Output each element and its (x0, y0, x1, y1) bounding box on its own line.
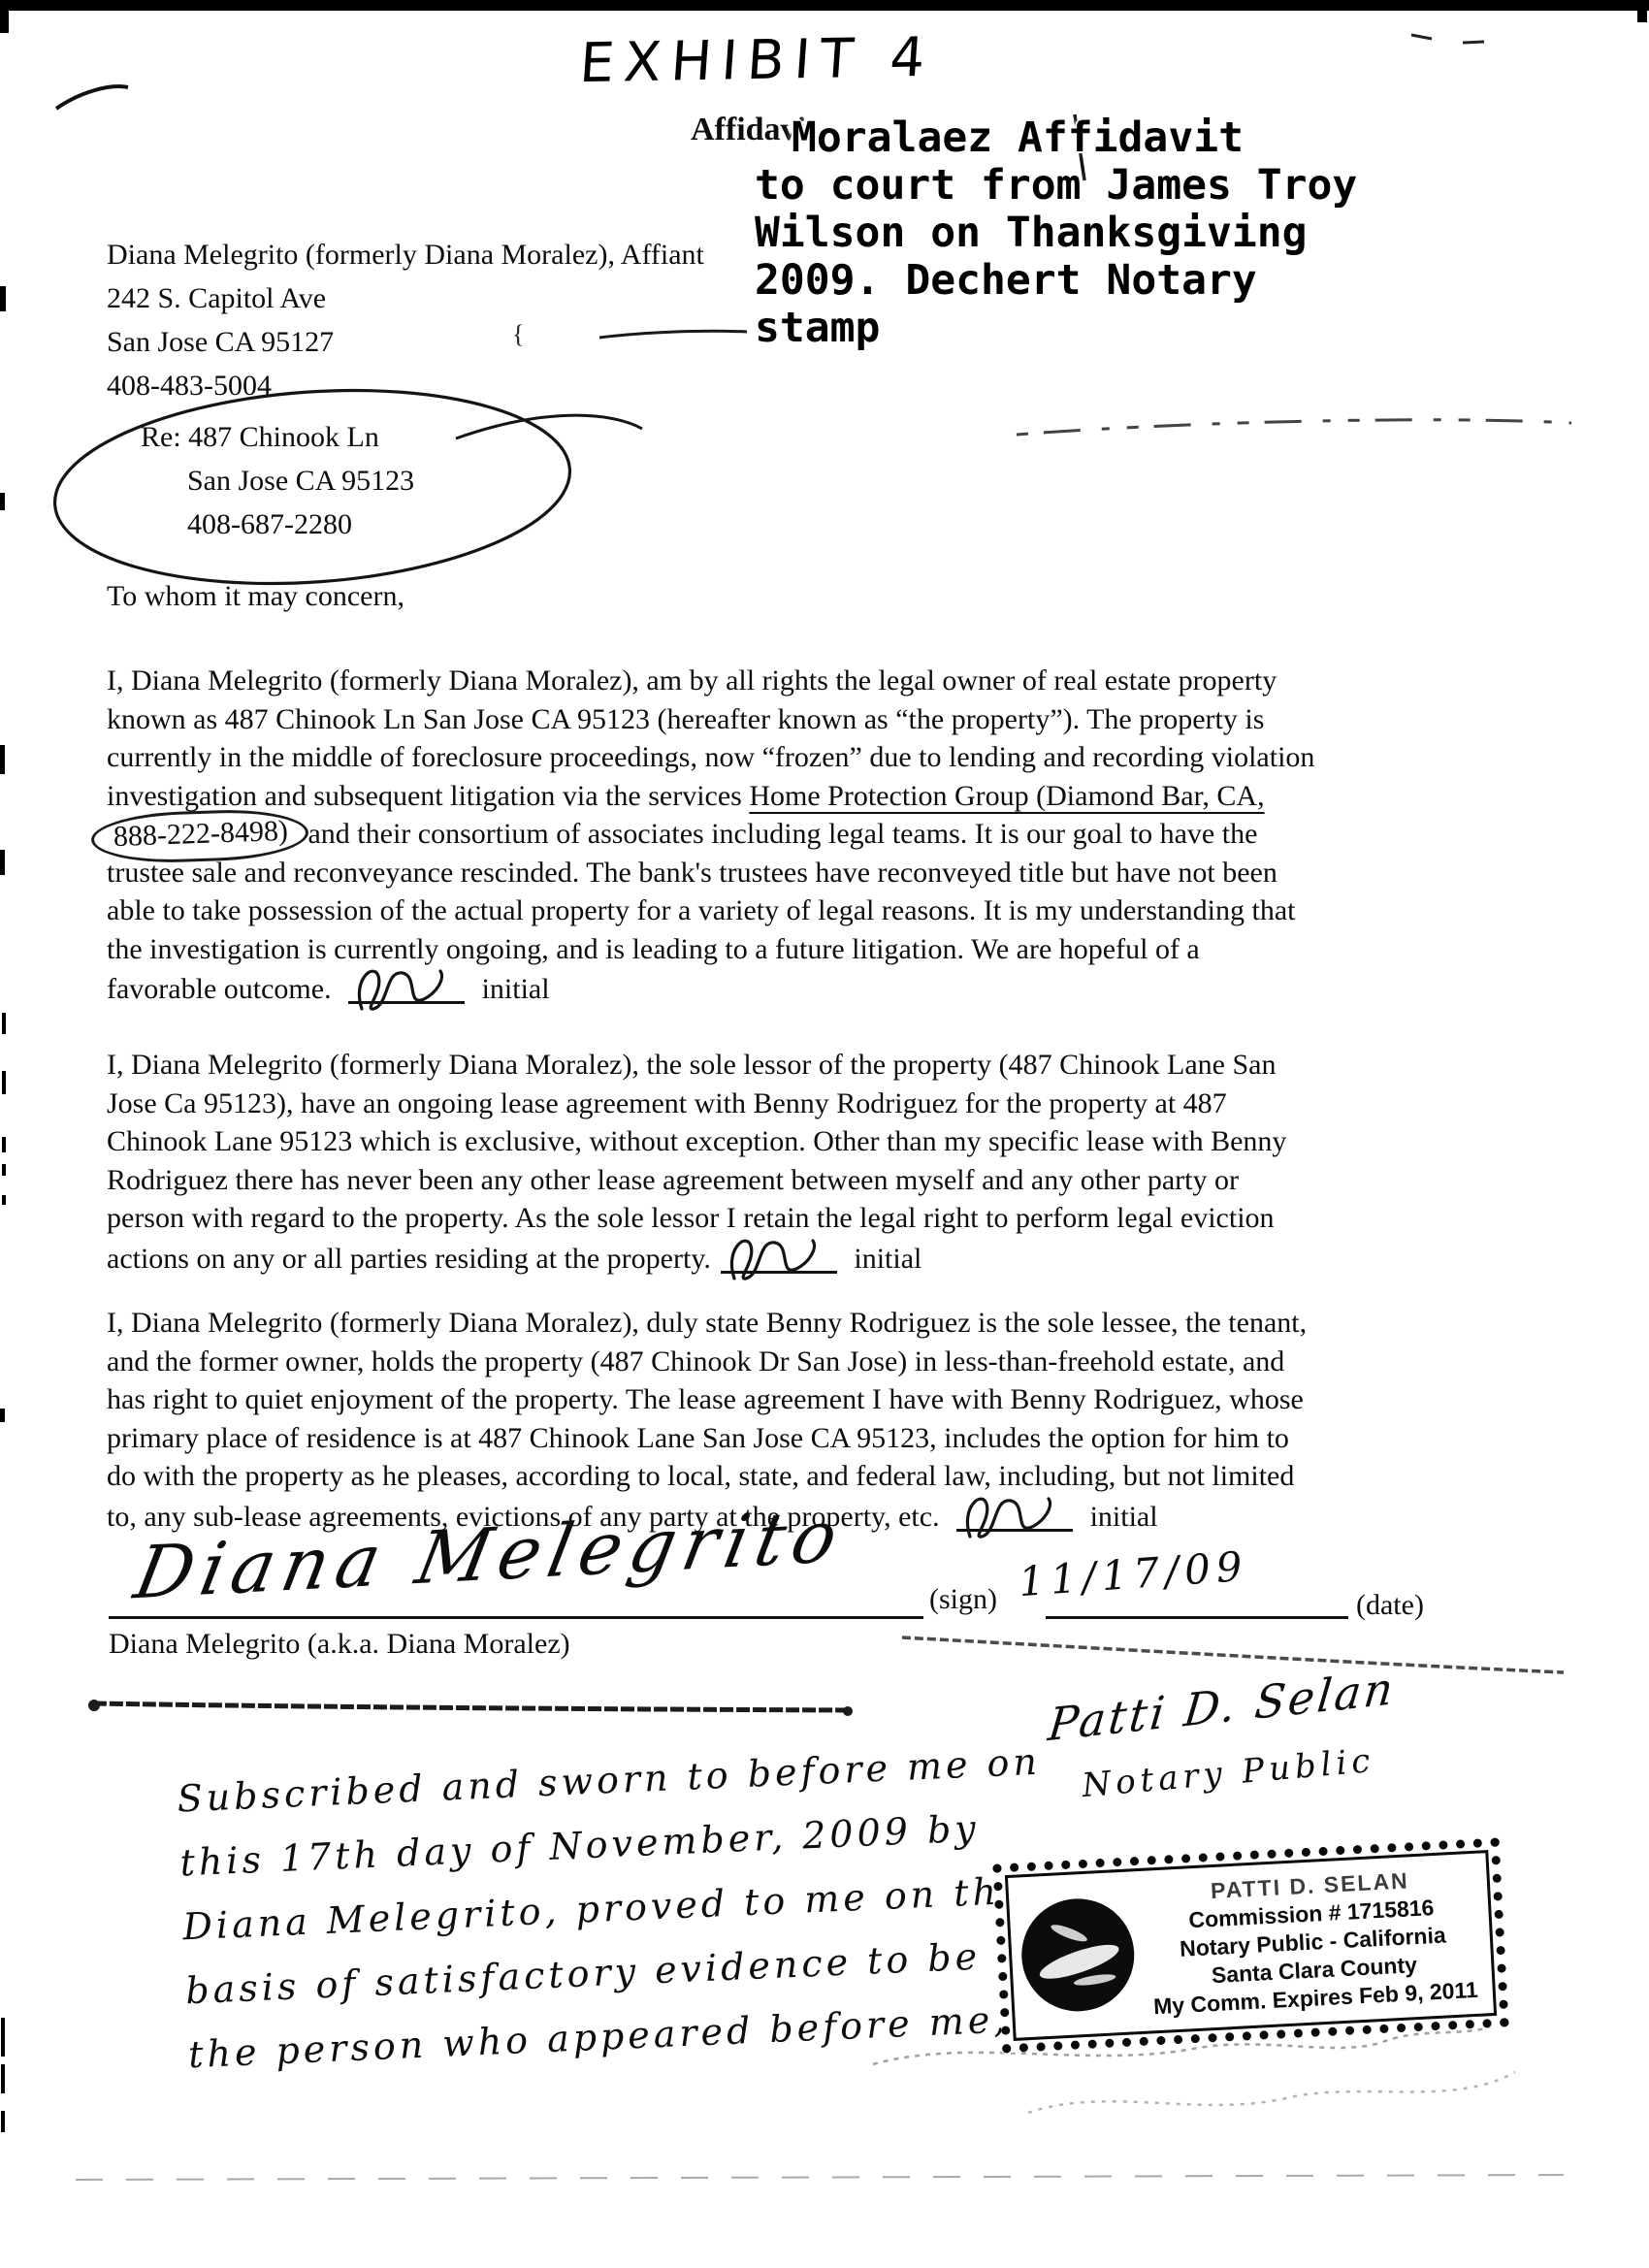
text-run: known as 487 Chinook Ln San Jose CA 9512… (107, 703, 1264, 735)
sender-line: San Jose CA 95127 (107, 320, 704, 364)
fold-line-dot (843, 1706, 853, 1716)
sender-line: 408-483-5004 (107, 364, 704, 407)
paragraph-2: I, Diana Melegrito (formerly Diana Moral… (107, 1046, 1286, 1278)
paragraph-1: I, Diana Melegrito (formerly Diana Moral… (107, 662, 1314, 1009)
notary-stamp: PATTI D. SELAN Commission # 1715816 Nota… (992, 1837, 1508, 2053)
overlay-note: Moralaez Affidavitto court from James Tr… (755, 114, 1357, 352)
paragraph-line: the investigation is currently ongoing, … (107, 930, 1314, 969)
paragraph-line: favorable outcome. initial (107, 968, 1314, 1009)
paragraph-line: primary place of residence is at 487 Chi… (107, 1419, 1307, 1458)
dashed-pen-row (1017, 420, 1571, 435)
date-label: (date) (1356, 1589, 1424, 1622)
re-line: Re: 487 Chinook Ln (141, 415, 414, 459)
paragraph-line: currently in the middle of foreclosure p… (107, 738, 1314, 777)
paragraph-line: trustee sale and reconveyance rescinded.… (107, 854, 1314, 892)
text-run: and the former owner, holds the property… (107, 1345, 1284, 1377)
bottom-dash-line (76, 2175, 1564, 2180)
paragraph-line: person with regard to the property. As t… (107, 1199, 1286, 1238)
fold-line-left (93, 1703, 850, 1710)
notary-handwritten-block: Subscribed and sworn to before me onthis… (176, 1730, 1053, 2088)
handwritten-initials (348, 968, 465, 1004)
paragraph-line: do with the property as he pleases, acco… (107, 1457, 1307, 1496)
text-run: primary place of residence is at 487 Chi… (107, 1422, 1289, 1454)
fold-line-right (902, 1637, 1564, 1672)
text-run: I, Diana Melegrito (formerly Diana Moral… (107, 664, 1277, 697)
text-run: initial (1083, 1501, 1158, 1533)
overlay-note-line: Moralaez Affidavit (792, 114, 1357, 162)
sender-line: 242 S. Capitol Ave (107, 276, 704, 320)
text-run: able to take possession of the actual pr… (107, 894, 1295, 926)
text-run: initial (474, 973, 550, 1005)
re-circle-tail (456, 415, 642, 438)
text-run: person with regard to the property. As t… (107, 1202, 1275, 1234)
sender-line: Diana Melegrito (formerly Diana Moralez)… (107, 233, 704, 276)
paragraph-line: Jose Ca 95123), have an ongoing lease ag… (107, 1085, 1286, 1123)
re-line: 408-687-2280 (187, 502, 414, 546)
re-line: San Jose CA 95123 (187, 459, 414, 502)
scan-corner-mark-right (1637, 10, 1647, 22)
text-run: I, Diana Melegrito (formerly Diana Moral… (107, 1049, 1276, 1081)
paragraph-line: known as 487 Chinook Ln San Jose CA 9512… (107, 700, 1314, 739)
paragraph-line: Rodriguez there has never been any other… (107, 1161, 1286, 1200)
text-run: the investigation is currently ongoing, … (107, 933, 1200, 965)
text-run: initial (847, 1243, 922, 1275)
text-run: has right to quiet enjoyment of the prop… (107, 1383, 1304, 1415)
scan-edge-bar (0, 0, 1649, 11)
paragraph-line: has right to quiet enjoyment of the prop… (107, 1380, 1307, 1419)
stray-pen-mark: { (512, 320, 524, 349)
notary-title-script: Notary Public (1081, 1741, 1376, 1805)
notary-stamp-inner: PATTI D. SELAN Commission # 1715816 Nota… (1005, 1850, 1497, 2041)
overlay-note-line: stamp (755, 305, 1357, 352)
scan-corner-mark (0, 0, 9, 33)
left-edge-marks (0, 286, 6, 2132)
re-block: Re: 487 Chinook Ln San Jose CA 95123 408… (141, 415, 414, 546)
overlay-note-line: 2009. Dechert Notary (755, 257, 1357, 305)
text-run: currently in the middle of foreclosure p… (107, 741, 1314, 773)
scanned-affidavit-page: EXHIBIT 4 Affidavit Moralaez Affidavitto… (0, 0, 1649, 2268)
text-run: Chinook Lane 95123 which is exclusive, w… (107, 1125, 1286, 1157)
handwritten-initials (721, 1238, 837, 1274)
paragraph-line: able to take possession of the actual pr… (107, 891, 1314, 930)
handwritten-initials (956, 1496, 1073, 1532)
signature-underline (109, 1616, 923, 1619)
text-run: I, Diana Melegrito (formerly Diana Moral… (107, 1307, 1307, 1339)
overlay-note-line: to court from James Troy (755, 162, 1357, 210)
paragraph-line: I, Diana Melegrito (formerly Diana Moral… (107, 662, 1314, 700)
text-run: favorable outcome. (107, 973, 339, 1005)
text-run: do with the property as he pleases, acco… (107, 1460, 1294, 1492)
text-run: actions on any or all parties residing a… (107, 1243, 711, 1275)
date-handwritten: 11/17/09 (1018, 1542, 1249, 1605)
overlay-note-line: Wilson on Thanksgiving (755, 210, 1357, 257)
notary-stamp-text: PATTI D. SELAN Commission # 1715816 Nota… (1142, 1863, 1483, 2022)
text-run: Rodriguez there has never been any other… (107, 1164, 1239, 1196)
faint-scribble (1028, 2072, 1515, 2113)
paragraph-line: investigation and subsequent litigation … (107, 777, 1314, 816)
sender-block: Diana Melegrito (formerly Diana Moralez)… (107, 233, 704, 407)
salutation: To whom it may concern, (107, 580, 404, 613)
fold-line-dot (88, 1700, 100, 1711)
paragraph-line: actions on any or all parties residing a… (107, 1238, 1286, 1279)
paragraph-line: 888-222-8498) and their consortium of as… (107, 815, 1314, 854)
date-underline (1046, 1616, 1348, 1619)
underlined-phrase: Home Protection Group (Diamond Bar, CA, (749, 780, 1264, 812)
state-seal-icon (1018, 1895, 1137, 2014)
pen-swoosh-mark (56, 86, 128, 109)
sign-label: (sign) (929, 1583, 997, 1616)
paragraph-line: I, Diana Melegrito (formerly Diana Moral… (107, 1046, 1286, 1085)
printed-name: Diana Melegrito (a.k.a. Diana Moralez) (109, 1628, 570, 1661)
notary-signature-script: Patti D. Selan (1046, 1662, 1398, 1751)
paragraph-3: I, Diana Melegrito (formerly Diana Moral… (107, 1304, 1307, 1536)
exhibit-label: EXHIBIT 4 (577, 26, 936, 95)
text-run: trustee sale and reconveyance rescinded.… (107, 857, 1277, 889)
paragraph-line: and the former owner, holds the property… (107, 1343, 1307, 1381)
text-run: investigation and subsequent litigation … (107, 780, 749, 812)
text-run: and their consortium of associates inclu… (301, 818, 1257, 850)
paragraph-line: I, Diana Melegrito (formerly Diana Moral… (107, 1304, 1307, 1343)
paragraph-line: Chinook Lane 95123 which is exclusive, w… (107, 1122, 1286, 1161)
text-run: Jose Ca 95123), have an ongoing lease ag… (107, 1087, 1227, 1119)
top-right-specks (1411, 35, 1484, 43)
